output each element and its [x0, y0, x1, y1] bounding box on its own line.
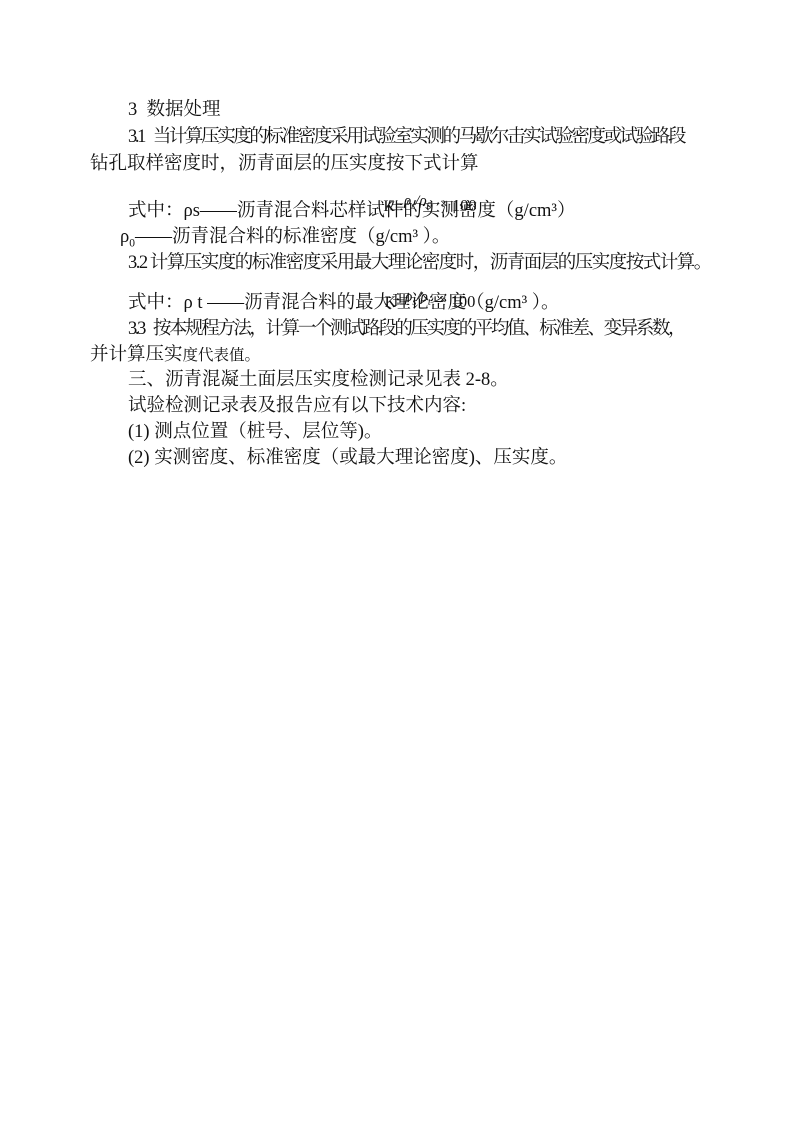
list-item-2: (2) 实测密度、标准密度（或最大理论密度)、压实度。 [128, 447, 567, 470]
paragraph-3-3-line1: 3.3 按本规程方法，计算一个测试路段的压实度的平均值、标准差、变异系数， [128, 318, 684, 341]
where-clause-rho-s: 式中：ρs——沥青混合料芯样试件的实测密度（g/cm³） [128, 200, 575, 223]
paragraph-3-1-line1: 3.1 当计算压实度的标准密度采用试验室实测的马歇尔击实试验密度或试验路段 [128, 126, 684, 149]
paragraph-3-3-line2: 并计算压实度代表值。 [90, 344, 260, 367]
rho-0-symbol: ρ [120, 227, 129, 247]
where-clause-rho-t: 式中：ρ t ——沥青混合料的最大理论密度（g/cm³ ）。 [128, 292, 560, 315]
paragraph-record-reference: 三、沥青混凝土面层压实度检测记录见表 2-8。 [128, 369, 509, 392]
list-item-1: (1) 测点位置（桩号、层位等)。 [128, 421, 382, 444]
section-heading-data-processing: 3 数据处理 [128, 99, 221, 122]
document-page: 3 数据处理 3.1 当计算压实度的标准密度采用试验室实测的马歇尔击实试验密度或… [0, 0, 800, 1131]
paragraph-record-intro: 试验检测记录表及报告应有以下技术内容: [128, 395, 466, 418]
paragraph-3-3-line2-small: 度代表值。 [183, 347, 261, 364]
paragraph-3-3-line2-normal: 并计算压实 [90, 345, 183, 365]
rho-0-definition: ——沥青混合料的标准密度（g/cm³ ）。 [135, 227, 450, 247]
